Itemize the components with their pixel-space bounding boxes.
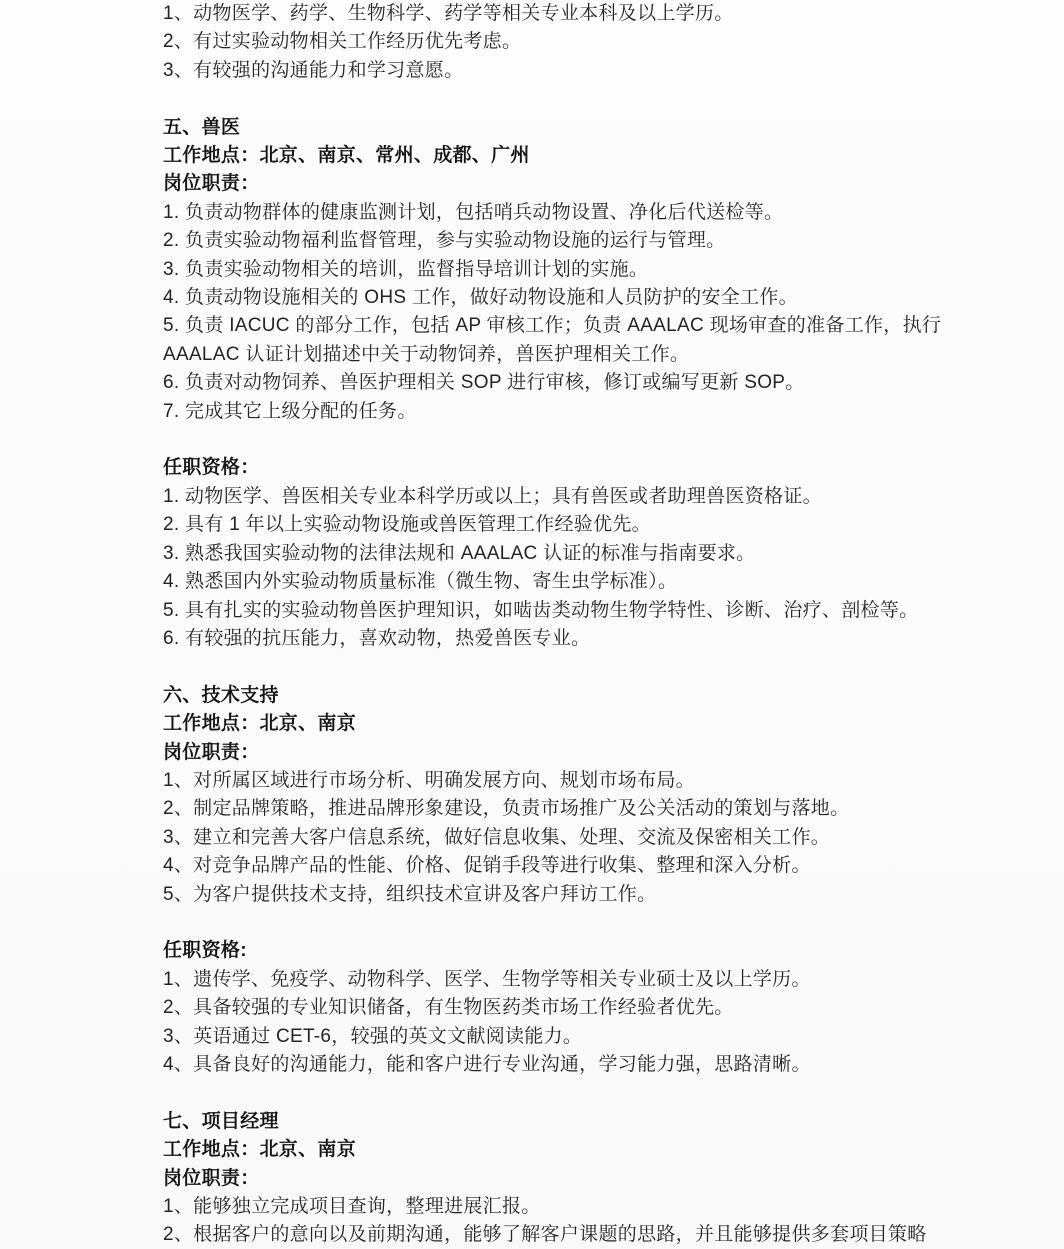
list-item: 2、根据客户的意向以及前期沟通，能够了解客户课题的思路，并且能够提供多套项目策略 [163, 1221, 947, 1249]
list-item: 3、英语通过 CET-6，较强的英文文献阅读能力。 [163, 1023, 947, 1051]
job-posting-document-page: 1、动物医学、药学、生物科学、药学等相关专业本科及以上学历。2、有过实验动物相关… [0, 0, 1064, 1249]
list-item: 3. 熟悉我国实验动物的法律法规和 AAALAC 认证的标准与指南要求。 [163, 540, 947, 568]
list-item: 1、对所属区域进行市场分析、明确发展方向、规划市场布局。 [163, 767, 947, 795]
qualifications-list: 1、遗传学、免疫学、动物科学、医学、生物学等相关专业硕士及以上学历。2、具备较强… [163, 966, 947, 1080]
list-item: 5、为客户提供技术支持，组织技术宣讲及客户拜访工作。 [163, 881, 947, 909]
list-item: 2、制定品牌策略，推进品牌形象建设，负责市场推广及公关活动的策划与落地。 [163, 795, 947, 823]
section-project-manager: 七、项目经理 工作地点：北京、南京 岗位职责： 1、能够独立完成项目查询，整理进… [163, 1108, 947, 1249]
section-location: 工作地点：北京、南京 [163, 1136, 947, 1164]
duties-heading: 岗位职责： [163, 170, 947, 198]
qualifications-list: 1. 动物医学、兽医相关专业本科学历或以上；具有兽医或者助理兽医资格证。2. 具… [163, 483, 947, 653]
list-item: 2、有过实验动物相关工作经历优先考虑。 [163, 28, 947, 56]
section-title: 五、兽医 [163, 114, 947, 142]
list-item: 3、有较强的沟通能力和学习意愿。 [163, 57, 947, 85]
leading-qualifications-list: 1、动物医学、药学、生物科学、药学等相关专业本科及以上学历。2、有过实验动物相关… [163, 0, 947, 85]
block-gap [163, 426, 947, 454]
list-item: 4、对竞争品牌产品的性能、价格、促销手段等进行收集、整理和深入分析。 [163, 852, 947, 880]
list-item: 2. 负责实验动物福利监督管理，参与实验动物设施的运行与管理。 [163, 227, 947, 255]
document-content: 1、动物医学、药学、生物科学、药学等相关专业本科及以上学历。2、有过实验动物相关… [163, 0, 947, 1249]
section-location: 工作地点：北京、南京、常州、成都、广州 [163, 142, 947, 170]
section-location: 工作地点：北京、南京 [163, 710, 947, 738]
duties-heading: 岗位职责： [163, 1165, 947, 1193]
list-item: 4. 负责动物设施相关的 OHS 工作，做好动物设施和人员防护的安全工作。 [163, 284, 947, 312]
list-item: 1. 动物医学、兽医相关专业本科学历或以上；具有兽医或者助理兽医资格证。 [163, 483, 947, 511]
duties-list: 1、对所属区域进行市场分析、明确发展方向、规划市场布局。2、制定品牌策略，推进品… [163, 767, 947, 909]
section-title: 七、项目经理 [163, 1108, 947, 1136]
list-item: 6. 负责对动物饲养、兽医护理相关 SOP 进行审核，修订或编写更新 SOP。 [163, 369, 947, 397]
section-gap [163, 85, 947, 113]
section-gap [163, 1079, 947, 1107]
section-technical-support: 六、技术支持 工作地点：北京、南京 岗位职责： 1、对所属区域进行市场分析、明确… [163, 682, 947, 1080]
duties-list: 1. 负责动物群体的健康监测计划，包括哨兵动物设置、净化后代送检等。2. 负责实… [163, 199, 947, 426]
list-item: 1、遗传学、免疫学、动物科学、医学、生物学等相关专业硕士及以上学历。 [163, 966, 947, 994]
list-item: 5. 具有扎实的实验动物兽医护理知识，如啮齿类动物生物学特性、诊断、治疗、剖检等… [163, 597, 947, 625]
list-item: 2. 具有 1 年以上实验动物设施或兽医管理工作经验优先。 [163, 511, 947, 539]
list-item: 7. 完成其它上级分配的任务。 [163, 398, 947, 426]
section-veterinarian: 五、兽医 工作地点：北京、南京、常州、成都、广州 岗位职责： 1. 负责动物群体… [163, 114, 947, 654]
section-title: 六、技术支持 [163, 682, 947, 710]
block-gap [163, 909, 947, 937]
qualifications-heading: 任职资格： [163, 454, 947, 482]
duties-list: 1、能够独立完成项目查询，整理进展汇报。2、根据客户的意向以及前期沟通，能够了解… [163, 1193, 947, 1249]
section-gap [163, 653, 947, 681]
list-item: 3. 负责实验动物相关的培训，监督指导培训计划的实施。 [163, 256, 947, 284]
list-item: 1、动物医学、药学、生物科学、药学等相关专业本科及以上学历。 [163, 0, 947, 28]
list-item: 6. 有较强的抗压能力，喜欢动物，热爱兽医专业。 [163, 625, 947, 653]
list-item: 1、能够独立完成项目查询，整理进展汇报。 [163, 1193, 947, 1221]
list-item: 3、建立和完善大客户信息系统，做好信息收集、处理、交流及保密相关工作。 [163, 824, 947, 852]
list-item: 5. 负责 IACUC 的部分工作，包括 AP 审核工作；负责 AAALAC 现… [163, 312, 947, 369]
list-item: 2、具备较强的专业知识储备，有生物医药类市场工作经验者优先。 [163, 994, 947, 1022]
list-item: 1. 负责动物群体的健康监测计划，包括哨兵动物设置、净化后代送检等。 [163, 199, 947, 227]
qualifications-heading: 任职资格: [163, 937, 947, 965]
list-item: 4. 熟悉国内外实验动物质量标准（微生物、寄生虫学标准）。 [163, 568, 947, 596]
duties-heading: 岗位职责： [163, 739, 947, 767]
list-item: 4、具备良好的沟通能力，能和客户进行专业沟通，学习能力强，思路清晰。 [163, 1051, 947, 1079]
